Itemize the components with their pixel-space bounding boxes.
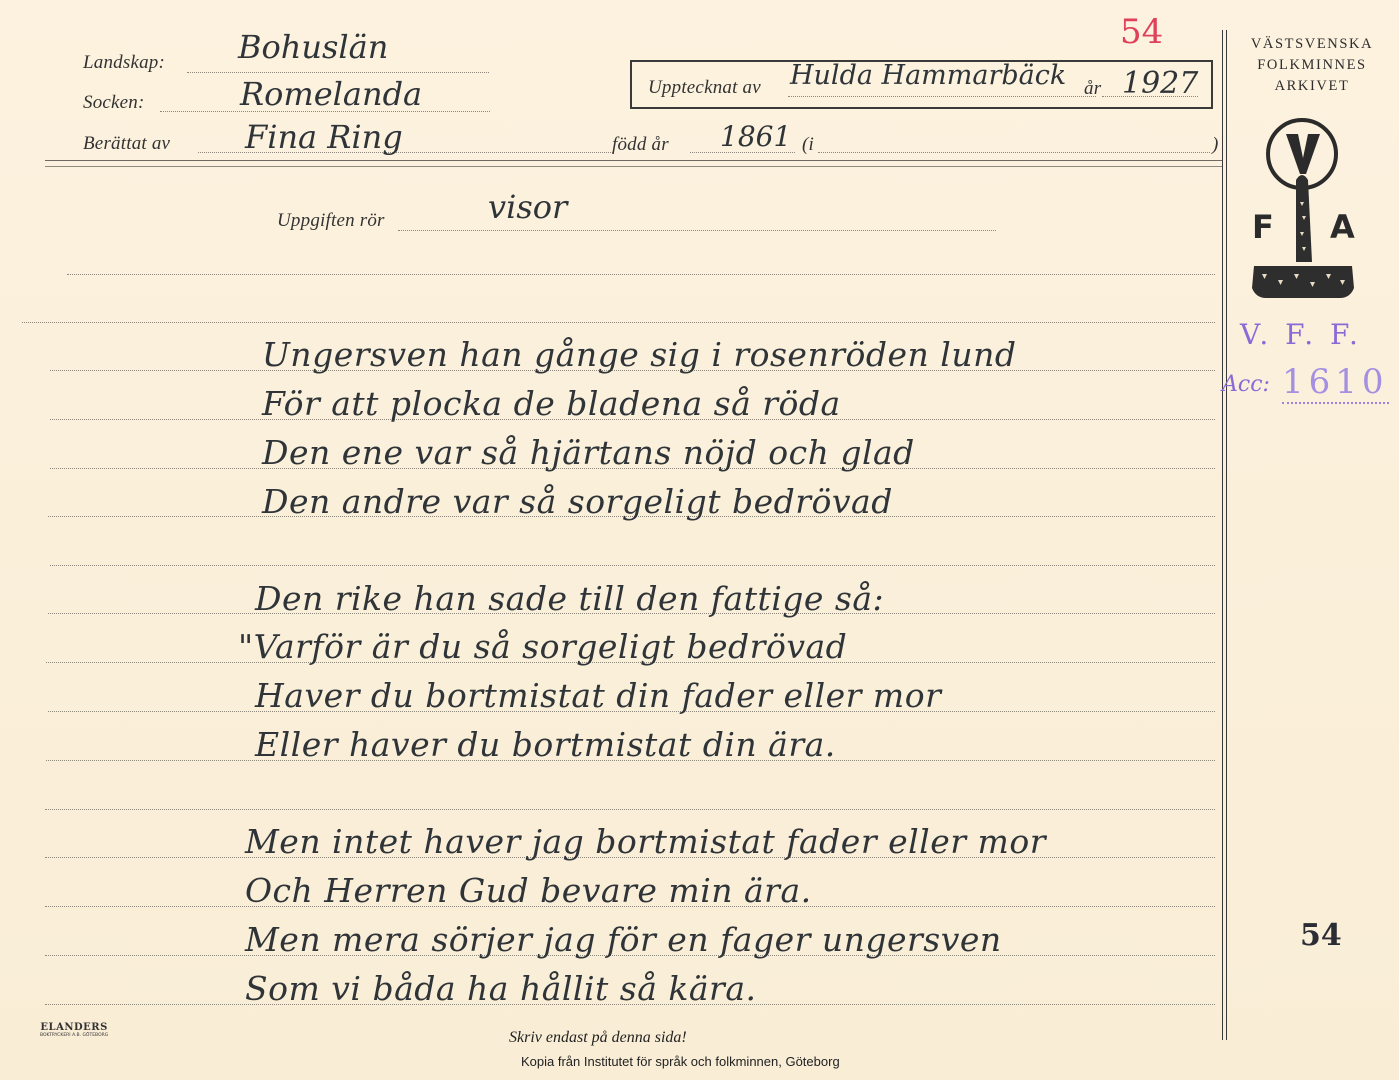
poem-line: Ungersven han gånge sig i rosenröden lun… (262, 335, 1016, 374)
poem-line: För att plocka de bladena så röda (262, 384, 841, 423)
uppgiften-value: visor (488, 188, 567, 226)
header-divider-bottom (45, 166, 1222, 167)
ruled-line (50, 565, 1215, 566)
fodd-label: född år (612, 134, 669, 156)
archive-name-line: FOLKMINNES (1232, 55, 1392, 76)
archive-name: VÄSTSVENSKA FOLKMINNES ARKIVET (1232, 34, 1392, 97)
berattat-label: Berättat av (83, 133, 170, 155)
socken-label: Socken: (83, 92, 145, 114)
birthplace-close: ) (1212, 134, 1219, 156)
poem-line: Haver du bortmistat din fader eller mor (255, 676, 941, 715)
upptecknat-value: Hulda Hammarbäck (790, 60, 1066, 91)
accession-number: 1610 (1282, 362, 1389, 404)
poem-line: Och Herren Gud bevare min ära. (245, 871, 812, 910)
printer-mark: ELANDERS BOKTRYCKERI A.B. GÖTEBORG (40, 1022, 108, 1038)
landskap-value: Bohuslän (238, 28, 388, 66)
birthplace-open: (i (802, 134, 814, 156)
archive-name-line: VÄSTSVENSKA (1232, 34, 1392, 55)
ruled-line (67, 274, 1215, 275)
upptecknat-dotted-line (788, 96, 1096, 97)
margin-line-left (1222, 30, 1223, 1040)
margin-line-right (1226, 30, 1227, 1040)
socken-value: Romelanda (240, 75, 422, 113)
ruled-line (22, 322, 1215, 323)
page-number: 54 (1300, 918, 1342, 953)
vff-stamp: V. F. F. (1240, 318, 1362, 351)
poem-line: "Varför är du så sorgeligt bedrövad (238, 627, 847, 666)
accession-label: Acc: (1222, 372, 1270, 397)
red-pencil-mark: 54 (1120, 12, 1163, 52)
uppgiften-label: Uppgiften rör (277, 210, 385, 232)
copy-notice: Kopia från Institutet för språk och folk… (521, 1054, 840, 1069)
poem-line: Den ene var så hjärtans nöjd och glad (262, 433, 915, 472)
poem-line: Eller haver du bortmistat din ära. (255, 725, 836, 764)
logo-letter-f: F (1252, 208, 1274, 246)
uppgiften-dotted-line (398, 230, 996, 231)
poem-line: Men intet haver jag bortmistat fader ell… (245, 822, 1046, 861)
upptecknat-label: Upptecknat av (648, 77, 761, 99)
ruled-line (45, 809, 1215, 810)
header-divider-top (45, 160, 1222, 161)
poem-line: Men mera sörjer jag för en fager ungersv… (245, 920, 1002, 959)
poem-line: Den andre var så sorgeligt bedrövad (262, 482, 893, 521)
archive-name-line: ARKIVET (1232, 76, 1392, 97)
printer-subtitle: BOKTRYCKERI A.B. GÖTEBORG (40, 1033, 108, 1038)
logo-letter-a: A (1330, 208, 1355, 246)
berattat-value: Fina Ring (245, 118, 403, 156)
landskap-dotted-line (187, 72, 489, 73)
landskap-label: Landskap: (83, 52, 165, 74)
fodd-value: 1861 (720, 120, 791, 153)
ar-label: år (1084, 78, 1101, 100)
archive-record-card: Landskap: Bohuslän Socken: Romelanda Ber… (0, 0, 1399, 1080)
printer-name: ELANDERS (40, 1022, 108, 1033)
poem-line: Som vi båda ha hållit så kära. (245, 969, 757, 1008)
ar-value: 1927 (1122, 66, 1198, 101)
footer-instruction: Skriv endast på denna sida! (509, 1029, 687, 1047)
birthplace-dotted-line (818, 152, 1210, 153)
poem-line: Den rike han sade till den fattige så: (255, 579, 884, 618)
